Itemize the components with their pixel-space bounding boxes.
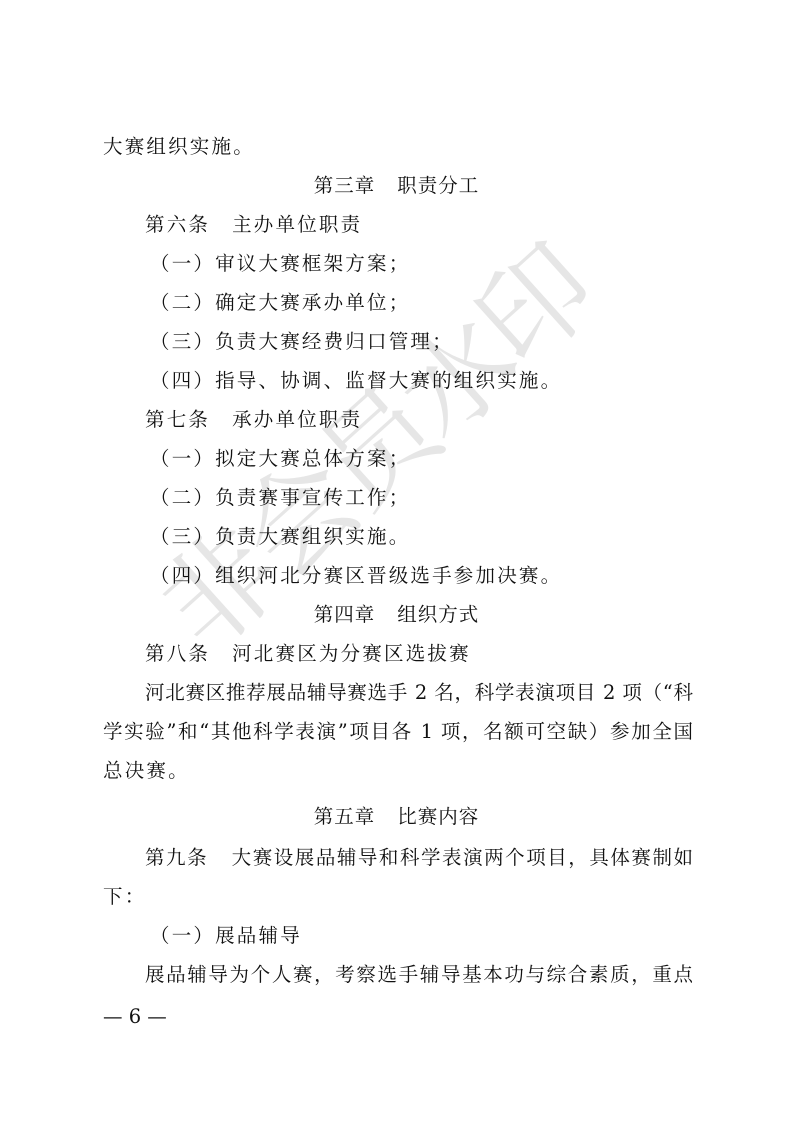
article-title: 承办单位职责 bbox=[232, 408, 362, 431]
list-item: （二）负责赛事宣传工作； bbox=[150, 486, 740, 510]
list-item: （一）拟定大赛总体方案； bbox=[150, 447, 740, 471]
article-heading-6: 第六条主办单位职责 bbox=[145, 213, 735, 237]
list-item: （一）审议大赛框架方案； bbox=[150, 252, 740, 276]
paragraph-line: 下： bbox=[103, 885, 693, 909]
list-item: （四）指导、协调、监督大赛的组织实施。 bbox=[150, 369, 740, 393]
paragraph-line: 总决赛。 bbox=[103, 759, 693, 783]
list-item: （三）负责大赛经费归口管理； bbox=[150, 330, 740, 354]
article-heading-7: 第七条承办单位职责 bbox=[145, 408, 735, 432]
paragraph-line: 展品辅导为个人赛，考察选手辅导基本功与综合素质，重点 bbox=[145, 963, 693, 987]
chapter-number: 第五章 bbox=[314, 805, 376, 828]
chapter-heading-4: 第四章组织方式 bbox=[0, 603, 793, 627]
chapter-number: 第四章 bbox=[314, 603, 376, 626]
article-heading-9: 第九条大赛设展品辅导和科学表演两个项目，具体赛制如 bbox=[145, 846, 693, 870]
list-item: （四）组织河北分赛区晋级选手参加决赛。 bbox=[150, 564, 740, 588]
chapter-title: 比赛内容 bbox=[397, 805, 479, 828]
article-title: 大赛设展品辅导和科学表演两个项目，具体赛制如 bbox=[230, 846, 693, 869]
paragraph-line: 河北赛区推荐展品辅导赛选手 2 名，科学表演项目 2 项（“科 bbox=[145, 681, 693, 705]
sub-heading: （一）展品辅导 bbox=[150, 924, 740, 948]
paragraph-line: 学实验”和“其他科学表演”项目各 1 项，名额可空缺）参加全国 bbox=[103, 720, 693, 744]
document-page: 非会员水印 大赛组织实施。 第三章职责分工 第六条主办单位职责 （一）审议大赛框… bbox=[0, 0, 793, 1122]
chapter-title: 组织方式 bbox=[397, 603, 479, 626]
list-item: （三）负责大赛组织实施。 bbox=[150, 525, 740, 549]
article-title: 河北赛区为分赛区选拔赛 bbox=[232, 642, 471, 665]
article-number: 第九条 bbox=[145, 846, 208, 869]
chapter-heading-5: 第五章比赛内容 bbox=[0, 805, 793, 829]
article-number: 第六条 bbox=[145, 213, 210, 236]
chapter-number: 第三章 bbox=[314, 174, 376, 197]
article-title: 主办单位职责 bbox=[232, 213, 362, 236]
page-number: — 6 — bbox=[103, 1005, 167, 1029]
chapter-title: 职责分工 bbox=[397, 174, 479, 197]
list-item: （二）确定大赛承办单位； bbox=[150, 291, 740, 315]
article-number: 第七条 bbox=[145, 408, 210, 431]
body-text-continuation: 大赛组织实施。 bbox=[103, 135, 693, 159]
chapter-heading-3: 第三章职责分工 bbox=[0, 174, 793, 198]
article-heading-8: 第八条河北赛区为分赛区选拔赛 bbox=[145, 642, 735, 666]
article-number: 第八条 bbox=[145, 642, 210, 665]
